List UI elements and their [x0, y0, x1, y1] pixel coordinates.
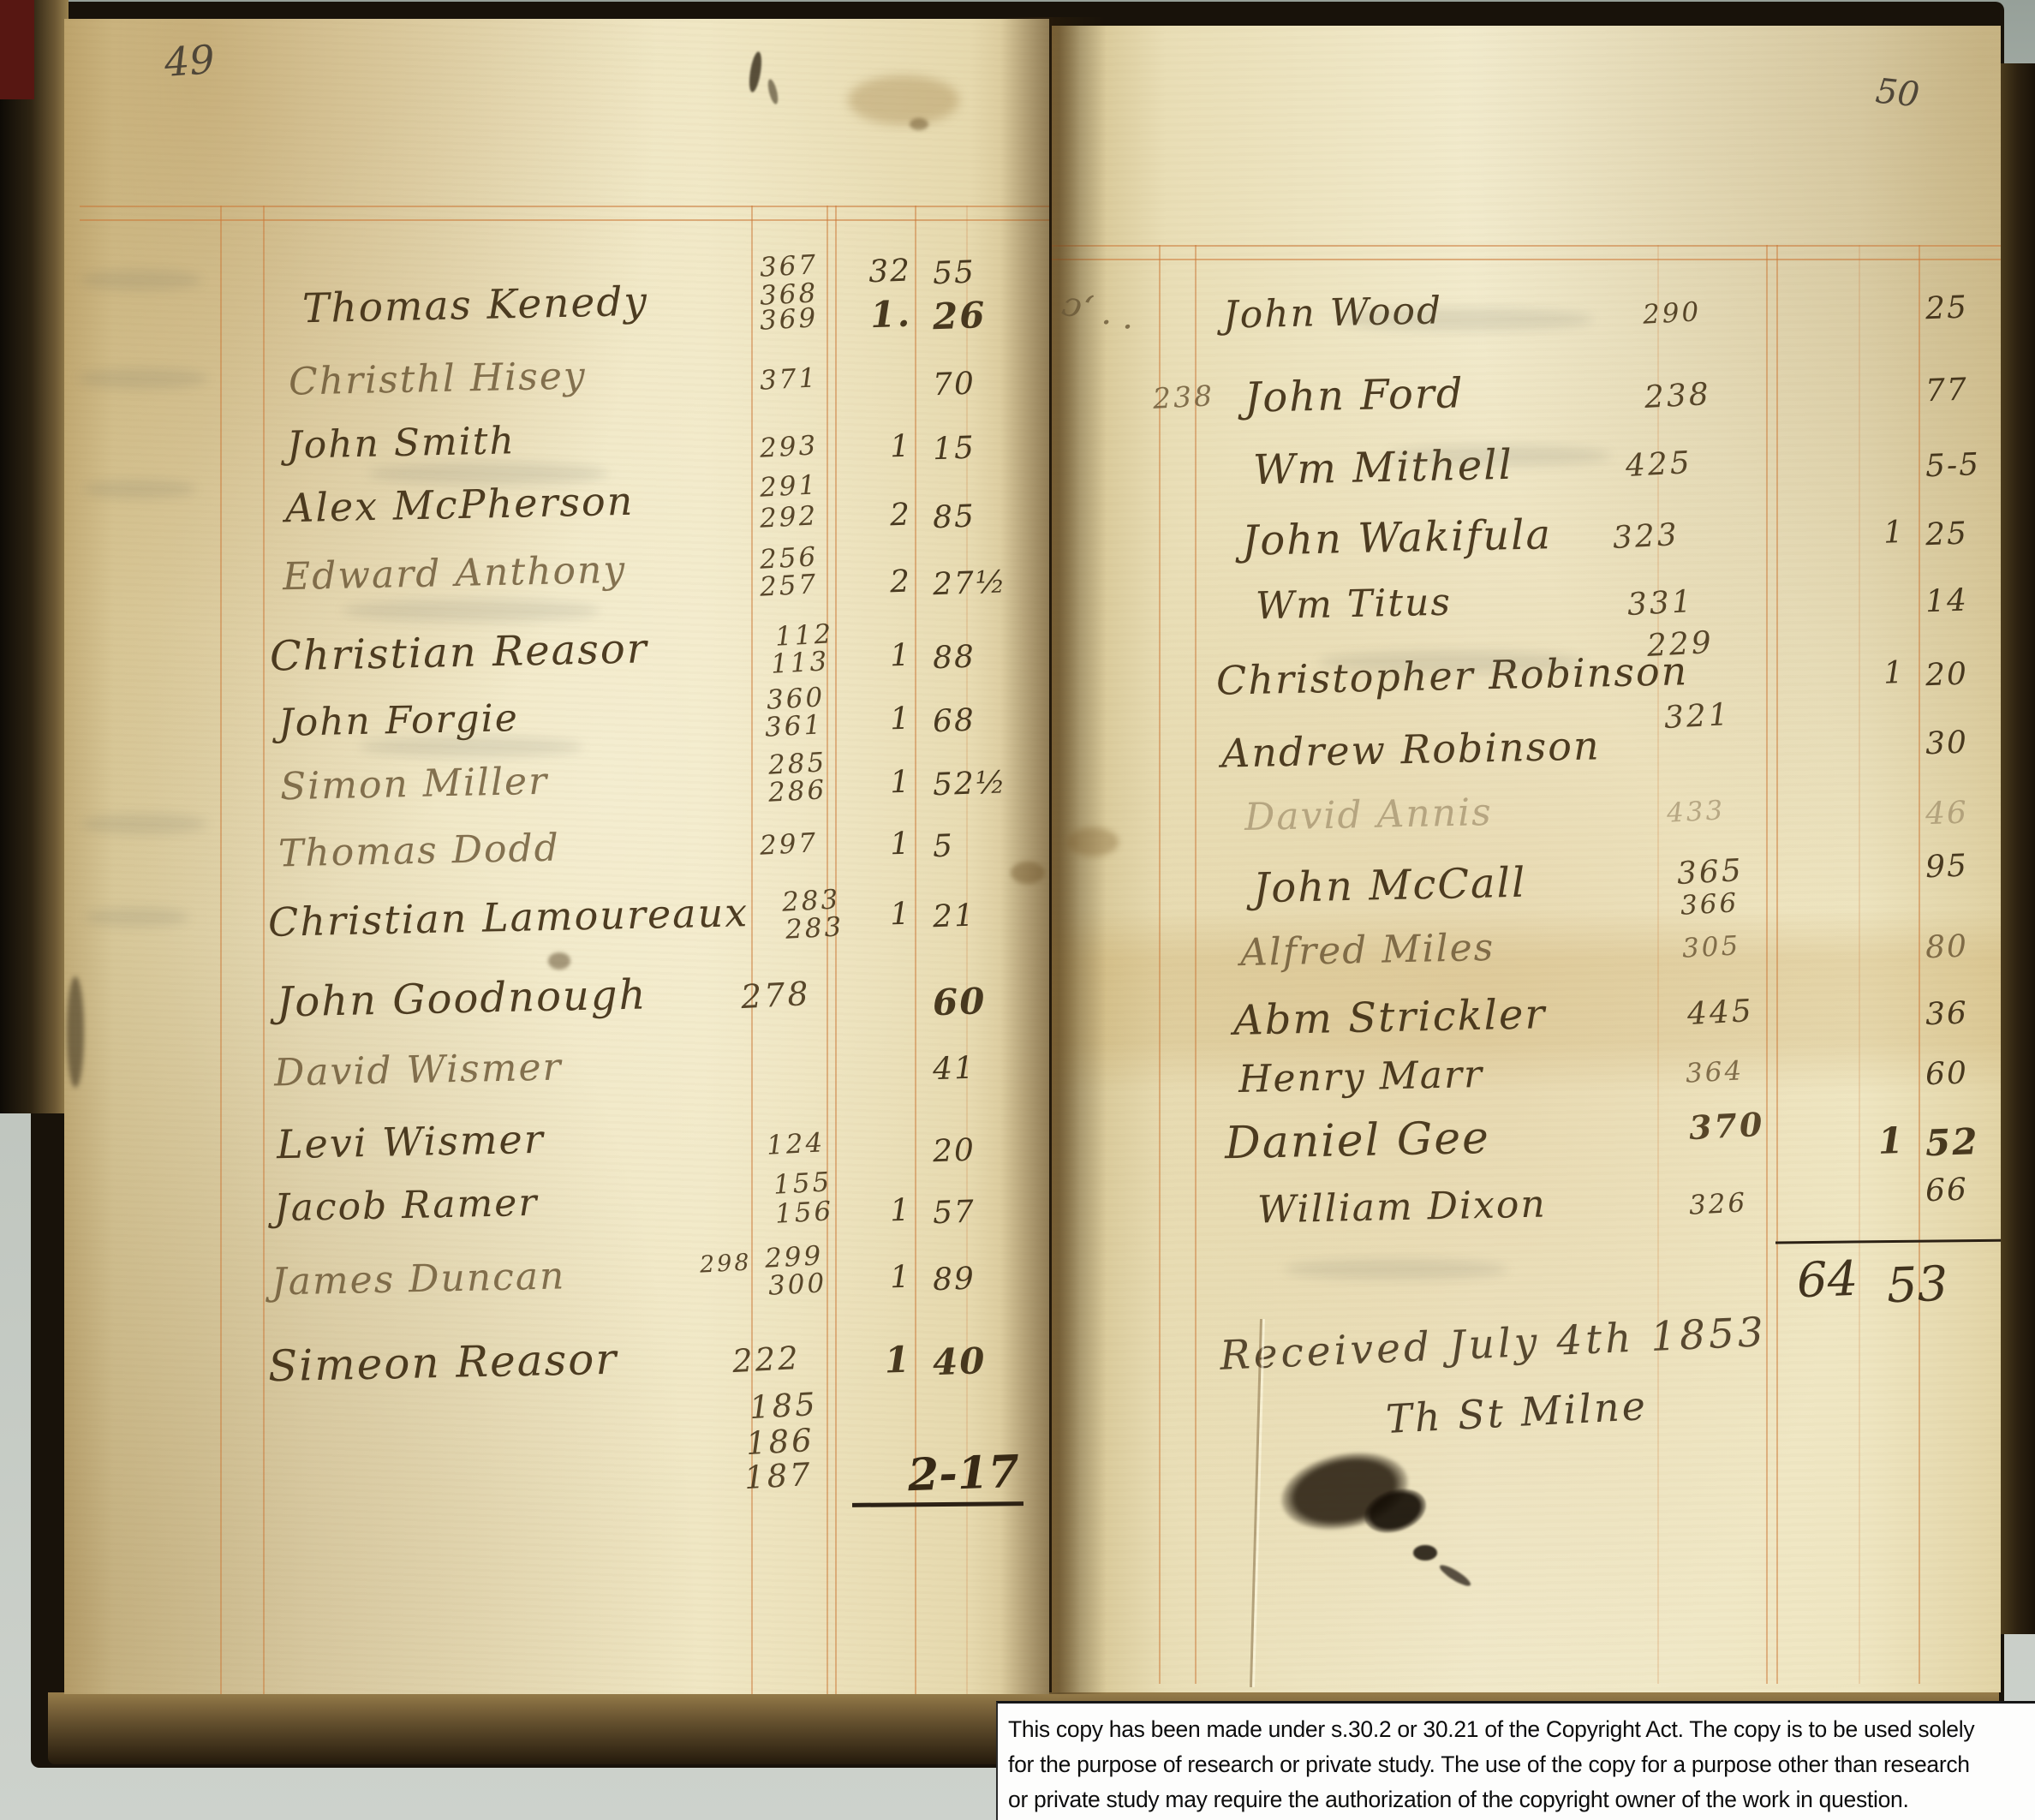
bleedthrough [1319, 651, 1584, 673]
bleedthrough [1336, 308, 1593, 331]
bleedthrough [368, 462, 608, 485]
copyright-line: for the purpose of research or private s… [1008, 1747, 2028, 1782]
right-page: John Wood 290 25 238 John Ford 238 77 Wm… [1052, 26, 2001, 1692]
bleedthrough [79, 368, 207, 389]
bleedthrough [343, 600, 600, 622]
copyright-notice: This copy has been made under s.30.2 or … [996, 1701, 2035, 1820]
copyright-line: This copy has been made under s.30.2 or … [1008, 1712, 2028, 1747]
stain [1067, 827, 1119, 856]
stain [67, 976, 84, 1088]
stain [1011, 862, 1045, 884]
bleedthrough [84, 480, 195, 498]
bleedthrough [1387, 445, 1610, 466]
stain [548, 952, 570, 970]
left-page: Thomas Kenedy 367 368 369 32 55 1. 26 Ch… [64, 19, 1049, 1694]
stain [848, 75, 959, 125]
bleedthrough [82, 814, 206, 834]
book-spine [0, 0, 69, 1113]
bleedthrough [86, 908, 188, 927]
bleedthrough [360, 737, 582, 757]
bleedthrough [1285, 1259, 1507, 1280]
paper-texture [64, 19, 1049, 1694]
paper-texture [1052, 26, 2001, 1692]
stain [910, 118, 928, 130]
page-number-left: 49 [163, 36, 216, 86]
copyright-line: or private study may require the authori… [1008, 1782, 2028, 1817]
ledger-scan: Thomas Kenedy 367 368 369 32 55 1. 26 Ch… [0, 0, 2035, 1820]
ink-blot [1413, 1545, 1437, 1560]
book-spine-corner [0, 0, 34, 99]
bleedthrough [81, 270, 201, 290]
book-right-edge [1997, 63, 2035, 1634]
page-number-right: 50 [1874, 71, 1921, 115]
